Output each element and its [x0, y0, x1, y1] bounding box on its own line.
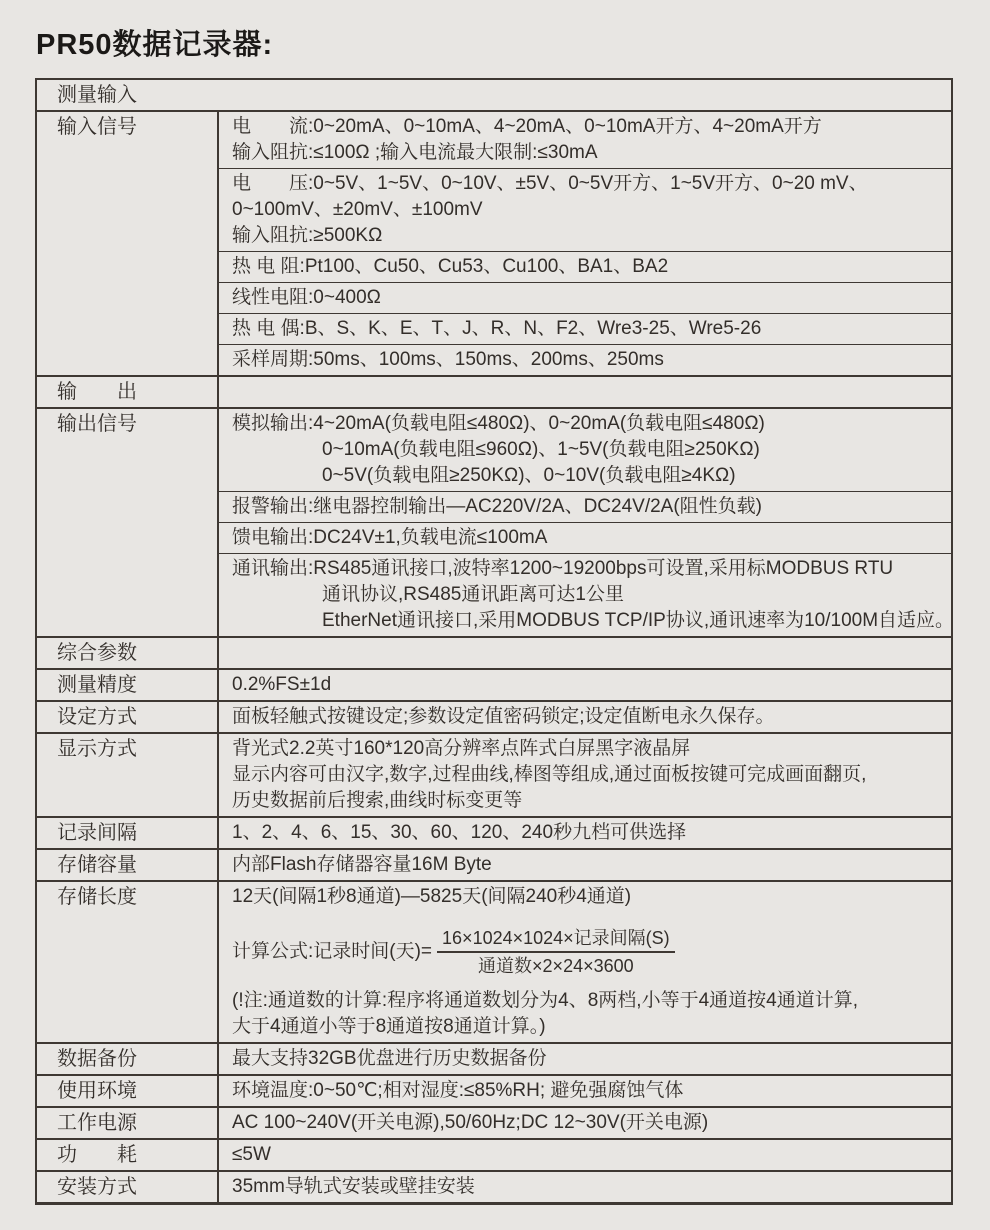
spec-value-line: 输入阻抗:≤100Ω ;输入电流最大限制:≤30mA	[232, 140, 951, 166]
spec-content: 最大支持32GB优盘进行历史数据备份	[219, 1044, 951, 1074]
spec-value-line: 报警输出:继电器控制输出—AC220V/2A、DC24V/2A(阻性负载)	[232, 494, 951, 520]
spec-value-line: 历史数据前后搜索,曲线时标变更等	[232, 788, 951, 814]
spec-subcell-thermocouple: 热 电 偶:B、S、K、E、T、J、R、N、F2、Wre3-25、Wre5-26	[219, 313, 951, 344]
spec-content: 环境温度:0~50℃;相对湿度:≤85%RH; 避免强腐蚀气体	[219, 1076, 951, 1106]
spec-subcell-sampling-period: 采样周期:50ms、100ms、150ms、200ms、250ms	[219, 344, 951, 375]
spec-value-line: 12天(间隔1秒8通道)—5825天(间隔240秒4通道)	[232, 884, 951, 910]
spec-table: 测量输入 输入信号 电 流:0~20mA、0~10mA、4~20mA、0~10m…	[35, 78, 953, 1205]
row-power-consumption: 功 耗 ≤5W	[37, 1138, 951, 1170]
spec-label: 数据备份	[37, 1044, 219, 1074]
row-output: 输 出	[37, 375, 951, 407]
row-storage-length: 存储长度 12天(间隔1秒8通道)—5825天(间隔240秒4通道) 计算公式:…	[37, 880, 951, 1042]
spec-subcell-feed-output: 馈电输出:DC24V±1,负载电流≤100mA	[219, 522, 951, 553]
spec-content: ≤5W	[219, 1140, 951, 1170]
spec-value-line: 电 压:0~5V、1~5V、0~10V、±5V、0~5V开方、1~5V开方、0~…	[232, 171, 951, 197]
spec-content	[219, 638, 951, 668]
spec-subcell-current: 电 流:0~20mA、0~10mA、4~20mA、0~10mA开方、4~20mA…	[219, 112, 951, 168]
formula-denominator: 通道数×2×24×3600	[437, 953, 675, 978]
row-accuracy: 测量精度 0.2%FS±1d	[37, 668, 951, 700]
row-display-method: 显示方式 背光式2.2英寸160*120高分辨率点阵式白屏黑字液晶屏 显示内容可…	[37, 732, 951, 816]
spec-label: 测量精度	[37, 670, 219, 700]
spec-value: 1、2、4、6、15、30、60、120、240秒九档可供选择	[232, 820, 951, 846]
spec-subcell-alarm-output: 报警输出:继电器控制输出—AC220V/2A、DC24V/2A(阻性负载)	[219, 491, 951, 522]
spec-content: 内部Flash存储器容量16M Byte	[219, 850, 951, 880]
spec-value: 环境温度:0~50℃;相对湿度:≤85%RH; 避免强腐蚀气体	[232, 1078, 951, 1104]
spec-value-line: 背光式2.2英寸160*120高分辨率点阵式白屏黑字液晶屏	[232, 736, 951, 762]
spec-label: 输入信号	[37, 112, 219, 375]
row-storage-capacity: 存储容量 内部Flash存储器容量16M Byte	[37, 848, 951, 880]
row-record-interval: 记录间隔 1、2、4、6、15、30、60、120、240秒九档可供选择	[37, 816, 951, 848]
row-output-signal: 输出信号 模拟输出:4~20mA(负载电阻≤480Ω)、0~20mA(负载电阻≤…	[37, 407, 951, 636]
spec-content: 35mm导轨式安装或壁挂安装	[219, 1172, 951, 1202]
formula-fraction: 16×1024×1024×记录间隔(S)通道数×2×24×3600	[437, 926, 675, 978]
spec-label: 存储长度	[37, 882, 219, 1042]
row-data-backup: 数据备份 最大支持32GB优盘进行历史数据备份	[37, 1042, 951, 1074]
spec-content: 0.2%FS±1d	[219, 670, 951, 700]
spec-label: 使用环境	[37, 1076, 219, 1106]
spec-subcell-linear-resistance: 线性电阻:0~400Ω	[219, 282, 951, 313]
row-power-supply: 工作电源 AC 100~240V(开关电源),50/60Hz;DC 12~30V…	[37, 1106, 951, 1138]
spec-value: ≤5W	[232, 1142, 951, 1168]
spec-value-line: 通讯协议,RS485通讯距离可达1公里	[232, 582, 951, 608]
spec-label: 记录间隔	[37, 818, 219, 848]
spec-content: 面板轻触式按键设定;参数设定值密码锁定;设定值断电永久保存。	[219, 702, 951, 732]
spec-value: 内部Flash存储器容量16M Byte	[232, 852, 951, 878]
spec-content: 背光式2.2英寸160*120高分辨率点阵式白屏黑字液晶屏 显示内容可由汉字,数…	[219, 734, 951, 816]
spec-subcell-rtd: 热 电 阻:Pt100、Cu50、Cu53、Cu100、BA1、BA2	[219, 251, 951, 282]
spec-label: 测量输入	[37, 80, 951, 110]
spec-subcell-comm-output: 通讯输出:RS485通讯接口,波特率1200~19200bps可设置,采用标MO…	[219, 553, 951, 636]
row-environment: 使用环境 环境温度:0~50℃;相对湿度:≤85%RH; 避免强腐蚀气体	[37, 1074, 951, 1106]
spec-subcell-analog-output: 模拟输出:4~20mA(负载电阻≤480Ω)、0~20mA(负载电阻≤480Ω)…	[219, 409, 951, 491]
spec-note-line: 大于4通道小等于8通道按8通道计算。)	[232, 1014, 951, 1040]
spec-value-line: 模拟输出:4~20mA(负载电阻≤480Ω)、0~20mA(负载电阻≤480Ω)	[232, 411, 951, 437]
page-title: PR50数据记录器:	[36, 22, 273, 63]
spec-content	[219, 377, 951, 407]
spec-value-line: 通讯输出:RS485通讯接口,波特率1200~19200bps可设置,采用标MO…	[232, 556, 951, 582]
spec-value-line: 显示内容可由汉字,数字,过程曲线,棒图等组成,通过面板按键可完成画面翻页,	[232, 762, 951, 788]
spec-content: 12天(间隔1秒8通道)—5825天(间隔240秒4通道) 计算公式:记录时间(…	[219, 882, 951, 1042]
spec-content: 1、2、4、6、15、30、60、120、240秒九档可供选择	[219, 818, 951, 848]
spec-note-line: (!注:通道数的计算:程序将通道数划分为4、8两档,小等于4通道按4通道计算,	[232, 988, 951, 1014]
formula-numerator: 16×1024×1024×记录间隔(S)	[437, 926, 675, 953]
row-general-params: 综合参数	[37, 636, 951, 668]
spec-content: 电 流:0~20mA、0~10mA、4~20mA、0~10mA开方、4~20mA…	[219, 112, 951, 375]
formula-prefix: 计算公式:记录时间(天)=	[232, 939, 432, 965]
record-time-formula: 计算公式:记录时间(天)=16×1024×1024×记录间隔(S)通道数×2×2…	[232, 926, 951, 978]
spec-content: 模拟输出:4~20mA(负载电阻≤480Ω)、0~20mA(负载电阻≤480Ω)…	[219, 409, 951, 636]
spec-value-line: 馈电输出:DC24V±1,负载电流≤100mA	[232, 525, 951, 551]
spec-label: 设定方式	[37, 702, 219, 732]
spec-label: 功 耗	[37, 1140, 219, 1170]
spec-label: 工作电源	[37, 1108, 219, 1138]
spec-label: 输出信号	[37, 409, 219, 636]
spec-value-line: 热 电 偶:B、S、K、E、T、J、R、N、F2、Wre3-25、Wre5-26	[232, 316, 951, 342]
spec-value-line: 热 电 阻:Pt100、Cu50、Cu53、Cu100、BA1、BA2	[232, 254, 951, 280]
row-input-signal: 输入信号 电 流:0~20mA、0~10mA、4~20mA、0~10mA开方、4…	[37, 110, 951, 375]
spec-value-line: 输入阻抗:≥500KΩ	[232, 223, 951, 249]
spec-label: 显示方式	[37, 734, 219, 816]
row-setting-method: 设定方式 面板轻触式按键设定;参数设定值密码锁定;设定值断电永久保存。	[37, 700, 951, 732]
spec-value-line: 0~100mV、±20mV、±100mV	[232, 197, 951, 223]
spec-value: 最大支持32GB优盘进行历史数据备份	[232, 1046, 951, 1072]
row-mounting: 安装方式 35mm导轨式安装或壁挂安装	[37, 1170, 951, 1202]
spec-value-line: 0~10mA(负载电阻≤960Ω)、1~5V(负载电阻≥250KΩ)	[232, 437, 951, 463]
spec-label: 综合参数	[37, 638, 219, 668]
spec-value: 0.2%FS±1d	[232, 672, 951, 698]
spec-value-line: 电 流:0~20mA、0~10mA、4~20mA、0~10mA开方、4~20mA…	[232, 114, 951, 140]
spec-label: 存储容量	[37, 850, 219, 880]
row-measure-input: 测量输入	[37, 80, 951, 110]
spec-subcell-voltage: 电 压:0~5V、1~5V、0~10V、±5V、0~5V开方、1~5V开方、0~…	[219, 168, 951, 251]
spec-label: 输 出	[37, 377, 219, 407]
spec-label: 安装方式	[37, 1172, 219, 1202]
spec-value: 面板轻触式按键设定;参数设定值密码锁定;设定值断电永久保存。	[232, 704, 951, 730]
spec-value-line: 线性电阻:0~400Ω	[232, 285, 951, 311]
spec-content: AC 100~240V(开关电源),50/60Hz;DC 12~30V(开关电源…	[219, 1108, 951, 1138]
spec-value: AC 100~240V(开关电源),50/60Hz;DC 12~30V(开关电源…	[232, 1110, 951, 1136]
spec-value-line: EtherNet通讯接口,采用MODBUS TCP/IP协议,通讯速率为10/1…	[232, 608, 951, 634]
spec-value: 35mm导轨式安装或壁挂安装	[232, 1174, 951, 1200]
spec-value-line: 采样周期:50ms、100ms、150ms、200ms、250ms	[232, 347, 951, 373]
spec-value-line: 0~5V(负载电阻≥250KΩ)、0~10V(负载电阻≥4KΩ)	[232, 463, 951, 489]
